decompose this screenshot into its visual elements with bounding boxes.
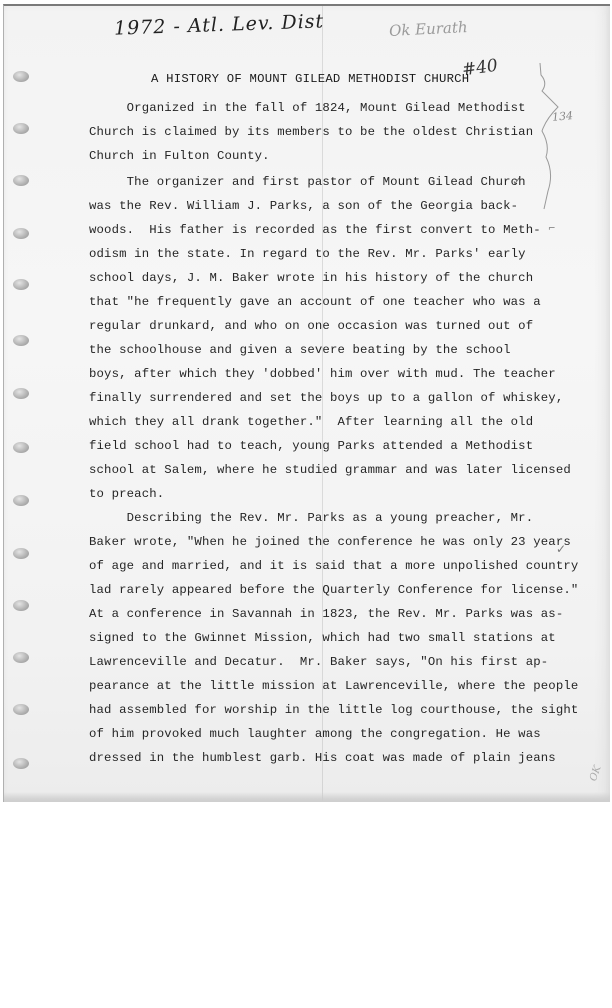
text-line: of age and married, and it is said that …	[89, 559, 578, 573]
text-line: had assembled for worship in the little …	[89, 703, 578, 717]
binder-hole	[13, 758, 29, 769]
binder-hole	[13, 279, 29, 290]
binder-hole	[13, 495, 29, 506]
tick-mark-icon: ⌐	[548, 224, 556, 234]
binder-hole	[13, 600, 29, 611]
text-line: to preach.	[89, 487, 164, 501]
text-line: signed to the Gwinnet Mission, which had…	[89, 631, 556, 645]
handwritten-note-faint: Ok Eurath	[389, 18, 468, 40]
handwritten-bottom-note: OK	[588, 764, 604, 782]
text-line: woods. His father is recorded as the fir…	[89, 223, 541, 237]
text-line: which they all drank together." After le…	[89, 415, 533, 429]
text-line: was the Rev. William J. Parks, a son of …	[89, 199, 518, 213]
text-line: field school had to teach, young Parks a…	[89, 439, 533, 453]
text-line: At a conference in Savannah in 1823, the…	[89, 607, 563, 621]
binder-hole	[13, 388, 29, 399]
text-line: Organized in the fall of 1824, Mount Gil…	[89, 101, 526, 115]
text-line: the schoolhouse and given a severe beati…	[89, 343, 511, 357]
binder-hole	[13, 442, 29, 453]
text-line: that "he frequently gave an account of o…	[89, 295, 541, 309]
binder-hole	[13, 704, 29, 715]
text-line: dressed in the humblest garb. His coat w…	[89, 751, 556, 765]
document-title: A HISTORY OF MOUNT GILEAD METHODIST CHUR…	[151, 72, 469, 86]
text-line: Church is claimed by its members to be t…	[89, 125, 533, 139]
text-line: lad rarely appeared before the Quarterly…	[89, 583, 578, 597]
text-line: Church in Fulton County.	[89, 149, 270, 163]
handwritten-note-top: 1972 - Atl. Lev. Dist	[114, 10, 325, 39]
text-line: school days, J. M. Baker wrote in his hi…	[89, 271, 533, 285]
text-line: pearance at the little mission at Lawren…	[89, 679, 578, 693]
binder-hole	[13, 652, 29, 663]
binder-hole	[13, 228, 29, 239]
text-line: finally surrendered and set the boys up …	[89, 391, 563, 405]
binder-hole	[13, 71, 29, 82]
text-line: boys, after which they 'dobbed' him over…	[89, 367, 556, 381]
binder-hole	[13, 548, 29, 559]
binder-hole	[13, 123, 29, 134]
text-line: Lawrenceville and Decatur. Mr. Baker say…	[89, 655, 548, 669]
scanned-page: 1972 - Atl. Lev. Dist Ok Eurath #40 134 …	[3, 4, 610, 802]
text-line: odism in the state. In regard to the Rev…	[89, 247, 526, 261]
text-line: school at Salem, where he studied gramma…	[89, 463, 571, 477]
binder-hole	[13, 335, 29, 346]
binder-hole	[13, 175, 29, 186]
text-line: Baker wrote, "When he joined the confere…	[89, 535, 571, 549]
text-line: The organizer and first pastor of Mount …	[89, 175, 526, 189]
text-line: Describing the Rev. Mr. Parks as a young…	[89, 511, 533, 525]
text-line: of him provoked much laughter among the …	[89, 727, 541, 741]
text-line: regular drunkard, and who on one occasio…	[89, 319, 533, 333]
margin-bracket-mark	[534, 61, 574, 211]
